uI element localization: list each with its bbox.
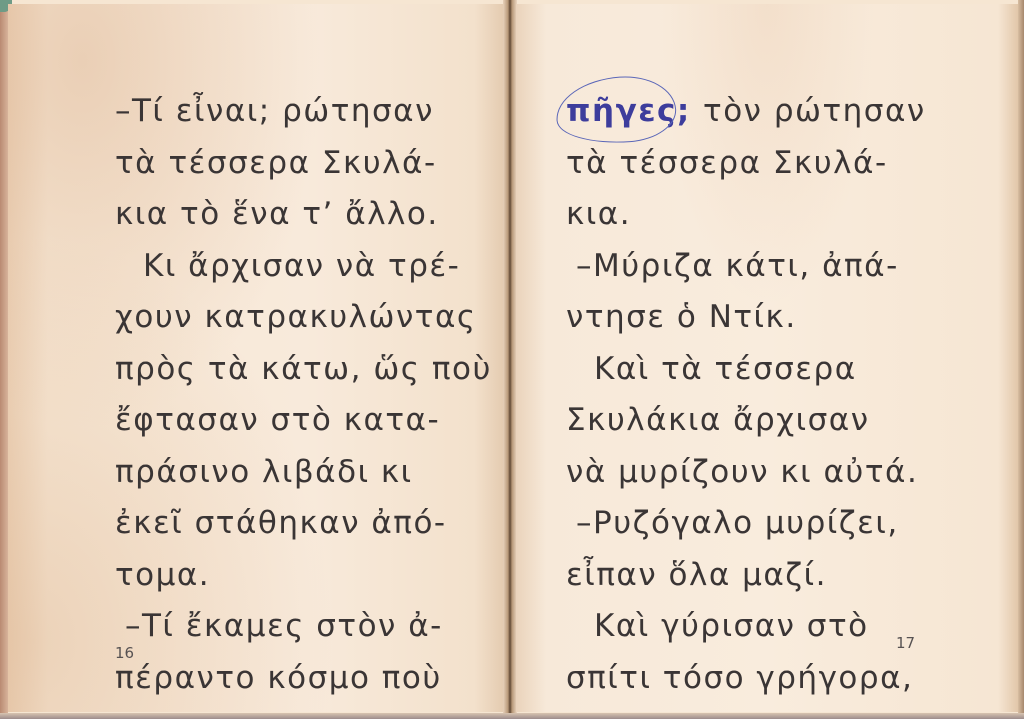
book-gutter — [503, 0, 517, 719]
left-page: –Τί εἶναι; ρώτησαν τὰ τέσσερα Σκυλά- κια… — [8, 4, 504, 712]
text-line: κια τὸ ἕνα τ’ ἄλλο. — [115, 189, 492, 241]
text-line: πρὸς τὰ κάτω, ὥς ποὺ — [115, 344, 492, 396]
text-line: Καὶ τὰ τέσσερα — [566, 344, 926, 396]
text-line: Καὶ γύρισαν στὸ — [566, 601, 926, 653]
text-line: Σκυλάκια ἄρχισαν — [566, 395, 926, 447]
book-cover-edge-right — [1018, 0, 1024, 719]
text-line: κια. — [566, 189, 926, 241]
pen-annotated-word: πῆγες; — [566, 93, 703, 129]
text-line: –Μύριζα κάτι, ἀπά- — [566, 241, 926, 293]
text-line: ἔφτασαν στὸ κατα- — [115, 395, 492, 447]
text-line-first: πῆγες; τὸν ρώτησαν — [566, 86, 926, 138]
text-line: ντησε ὁ Ντίκ. — [566, 292, 926, 344]
text-line: εἶπαν ὅλα μαζί. — [566, 550, 926, 602]
first-line-rest: τὸν ρώτησαν — [703, 93, 926, 129]
text-line: –Τί εἶναι; ρώτησαν — [115, 86, 492, 138]
text-line: πράσινο λιβάδι κι — [115, 447, 492, 499]
text-line: σπίτι τόσο γρήγορα, — [566, 653, 926, 705]
book-spread: –Τί εἶναι; ρώτησαν τὰ τέσσερα Σκυλά- κια… — [0, 0, 1024, 719]
text-line: τὰ τέσσερα Σκυλά- — [115, 138, 492, 190]
book-cover-edge-bottom — [0, 713, 1024, 719]
book-cover-edge-left — [0, 0, 8, 719]
left-page-text: –Τί εἶναι; ρώτησαν τὰ τέσσερα Σκυλά- κια… — [115, 86, 492, 704]
text-line: –Ρυζόγαλο μυρίζει, — [566, 498, 926, 550]
page-number-right: 17 — [896, 634, 915, 652]
text-line: πέραντο κόσμο ποὺ — [115, 653, 492, 705]
text-line: Κι ἄρχισαν νὰ τρέ- — [115, 241, 492, 293]
text-line: νὰ μυρίζουν κι αὐτά. — [566, 447, 926, 499]
right-page: πῆγες; τὸν ρώτησαν τὰ τέσσερα Σκυλά- κια… — [516, 4, 1018, 712]
page-number-left: 16 — [115, 644, 134, 662]
text-line: τὰ τέσσερα Σκυλά- — [566, 138, 926, 190]
text-line: ἐκεῖ στάθηκαν ἀπό- — [115, 498, 492, 550]
annotated-word-text: πῆγες; — [566, 93, 691, 129]
text-line: –Τί ἔκαμες στὸν ἀ- — [115, 601, 492, 653]
text-line: χουν κατρακυλώντας — [115, 292, 492, 344]
text-line: τομα. — [115, 550, 492, 602]
right-page-text: πῆγες; τὸν ρώτησαν τὰ τέσσερα Σκυλά- κια… — [566, 86, 926, 704]
